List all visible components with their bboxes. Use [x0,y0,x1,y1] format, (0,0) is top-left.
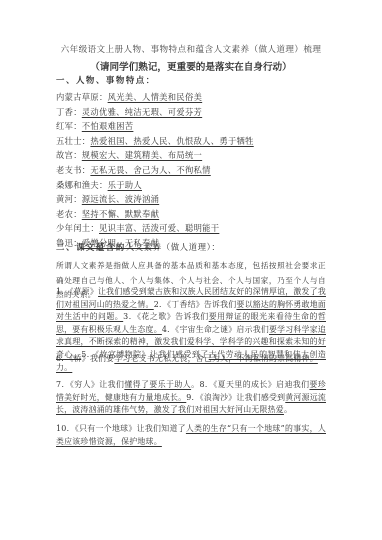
section2-heading-normal: 人文素养（做人道理）： [126,242,221,252]
feature-value: 灵动优雅、纯洁无瑕、可爱芬芳 [82,107,202,117]
document-subtitle: （请同学们熟记，更重要的是落实在自身行动） [0,59,382,73]
feature-item: 老农：坚持不懈、默默奉献 [56,207,356,222]
feature-item: 丁香：灵动优雅、纯洁无瑕、可爱芬芳 [56,105,356,120]
feature-label: 五壮士： [56,136,90,146]
feature-item: 五壮士：热爱祖国、热爱人民、仇恨敌人、勇于牺牲 [56,134,356,149]
feature-value: 不怕艰难困苦 [82,121,134,131]
lesson-paragraph-4: 10．《只有一个地球》让我们知道了人类的生存“只有一个地球”的事实，人类应该珍惜… [56,423,326,448]
text-segment: 。 [284,405,292,414]
feature-value: 源远流长、波涛汹涌 [82,194,159,204]
text-segment: 6．《桥》我们要 [56,354,114,363]
feature-item: 内蒙古草原：风光美、人情美和民俗美 [56,90,356,105]
text-segment: 10．《只有一个地球》让我们知道了 [56,424,186,433]
section1-heading: 一、人物、事物特点： [56,74,156,86]
feature-label: 内蒙古草原： [56,92,108,102]
feature-label: 红军： [56,121,82,131]
text-segment: 。8．《夏天里的成长》启迪我们 [191,380,309,389]
feature-value: 乐于助人 [108,180,142,190]
underlined-text: 学习老支书无私无畏，舍己为人，不徇私情的崇高精神。 [114,354,318,363]
feature-value: 见识丰富、活泼可爱、聪明能干 [99,223,219,233]
lesson-paragraph-2: 6．《桥》我们要学习老支书无私无畏，舍己为人，不徇私情的崇高精神。 [56,353,326,366]
underlined-text: 懂得了要乐于助人 [124,380,191,389]
section2-heading-bold: 二、课文蕴含的 [56,242,126,252]
feature-label: 老支书： [56,165,90,175]
feature-label: 故宫： [56,150,82,160]
section2-heading: 二、课文蕴含的人文素养（做人道理）： [56,241,220,253]
feature-value: 规模宏大、建筑精美、布局统一 [82,150,202,160]
feature-value: 风光美、人情美和民俗美 [108,92,203,102]
document-title: 六年级语文上册人物、事物特点和蕴含人文素养（做人道理）梳理 [0,43,382,55]
feature-item: 少年闰土：见识丰富、活泼可爱、聪明能干 [56,221,356,236]
feature-item: 桑娜和渔夫：乐于助人 [56,178,356,193]
text-segment: 3．《花之歌》告诉我们 [123,312,209,321]
feature-item: 老支书：无私无畏、舍己为人、不徇私情 [56,163,356,178]
lesson-paragraph-3: 7．《穷人》让我们懂得了要乐于助人。8．《夏天里的成长》启迪我们要珍惜美好时光，… [56,379,326,417]
text-segment: 9．《浪淘沙》让我们感受到 [186,393,285,402]
text-segment: 1．《草原》 [56,287,98,296]
feature-value: 无私无畏、舍己为人、不徇私情 [90,165,210,175]
feature-label: 黄河： [56,194,82,204]
feature-value: 坚持不懈、默默奉献 [82,209,159,219]
text-segment: 2．《丁香结》告诉我们 [154,300,237,309]
feature-label: 少年闰土： [56,223,99,233]
document-page: 六年级语文上册人物、事物特点和蕴含人文素养（做人道理）梳理 （请同学们熟记，更重… [0,0,382,540]
feature-list: 内蒙古草原：风光美、人情美和民俗美丁香：灵动优雅、纯洁无瑕、可爱芬芳红军：不怕艰… [56,90,356,251]
feature-label: 老农： [56,209,82,219]
feature-label: 桑娜和渔夫： [56,180,108,190]
feature-item: 黄河：源远流长、波涛汹涌 [56,192,356,207]
feature-label: 丁香： [56,107,82,117]
text-segment: 7．《穷人》让我们 [56,380,124,389]
feature-value: 热爱祖国、热爱人民、仇恨敌人、勇于牺牲 [90,136,253,146]
feature-item: 故宫：规模宏大、建筑精美、布局统一 [56,148,356,163]
feature-item: 红军：不怕艰难困苦 [56,119,356,134]
text-segment: 4．《宇宙生命之谜》启示我们 [162,325,269,334]
